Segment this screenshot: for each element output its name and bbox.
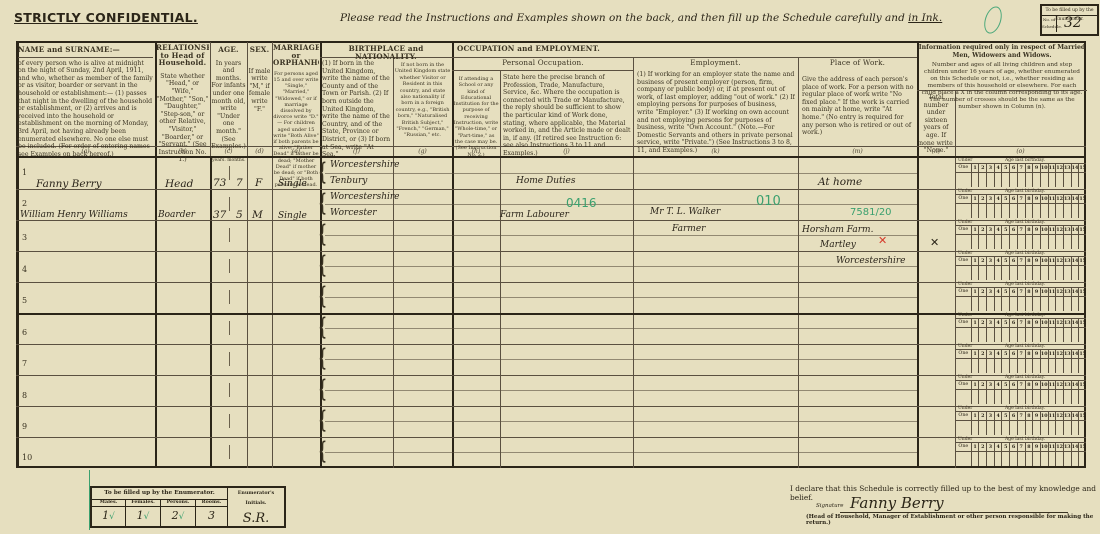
children-age-grid: UnderAge last birthday. One1234567891011… (955, 282, 1086, 312)
column-letter-j: (j) (500, 148, 633, 155)
place-of-work: At home (818, 176, 862, 188)
column-m-title: Place of Work. (799, 59, 916, 68)
column-letter-c: (c) (210, 148, 247, 155)
children-age-grid: UnderAge last birthday. One1234567891011… (955, 375, 1086, 405)
children-age-grid: UnderAge last birthday. One1234567891011… (955, 189, 1086, 219)
birth-town: Tenbury (330, 176, 367, 186)
declaration-text: I declare that this Schedule is correctl… (790, 484, 1100, 502)
children-age-grid: UnderAge last birthday. One1234567891011… (955, 437, 1086, 467)
column-letter-d: (d) (247, 148, 272, 155)
black-cross-mark: ✕ (930, 236, 939, 249)
person-name: William Henry Williams (20, 210, 128, 220)
row-number: 2 (22, 199, 27, 208)
age-years: 37 (213, 209, 226, 221)
employer-business: Farmer (672, 224, 705, 234)
person-name: Fanny Berry (36, 178, 102, 190)
column-j-title: Personal Occupation. (453, 59, 633, 68)
instructions-line: Please read the Instructions and Example… (340, 12, 942, 24)
males-cell: Males. 1√ (92, 499, 126, 526)
column-b-header: RELATIONSHIP to Head of Household. State… (156, 44, 209, 164)
sex: F (255, 177, 262, 189)
schedule-box-label: No. of Schedule. (1042, 16, 1057, 32)
row-number: 5 (22, 296, 27, 305)
column-j-header: State here the precise branch of Profess… (503, 74, 631, 158)
row-number: 1 (22, 168, 27, 177)
occupation: Home Duties (516, 176, 575, 186)
children-age-grid: UnderAge last birthday. One1234567891011… (955, 220, 1086, 250)
column-letter-b: (b) (155, 148, 210, 155)
row-number: 8 (22, 391, 27, 400)
place-of-work-town: Martley (820, 240, 856, 250)
column-letter-f: (f) (320, 148, 393, 155)
column-letter-k: (k) (633, 148, 798, 155)
column-h-header: If attending a School or any kind of Edu… (453, 76, 499, 158)
relationship: Head (165, 178, 193, 190)
red-cross-mark: ✕ (878, 234, 887, 247)
enumerator-initials-cell: Enumerator's Initials. S.R. (228, 488, 284, 526)
enumerator-summary-box: To be filled up by the Enumerator. Males… (90, 486, 286, 528)
row-number: 7 (22, 359, 27, 368)
children-age-grid: UnderAge last birthday. One1234567891011… (955, 313, 1086, 343)
birth-county: Worcestershire (330, 192, 400, 202)
column-letter-e: (e) (272, 148, 320, 155)
employer: Mr T. L. Walker (650, 207, 720, 217)
signature-label: Signature (816, 503, 844, 509)
persons-cell: Persons. 2√ (161, 499, 196, 526)
relationship: Boarder (158, 210, 195, 220)
column-g-header: If not born in the United Kingdom state … (394, 62, 451, 139)
column-d-header: SEX. If male write "M," if female write … (248, 46, 271, 113)
column-k-header: (1) If working for an employer state the… (637, 71, 795, 155)
signature-line (840, 512, 1068, 513)
row-number: 4 (22, 265, 27, 274)
rooms-cell: Rooms. 3 (196, 499, 228, 526)
page-title: STRICTLY CONFIDENTIAL. (14, 10, 198, 25)
column-a-header: NAME and SURNAME:— of every person who i… (18, 46, 153, 158)
age-months: 7 (236, 177, 243, 189)
birth-county: Worcestershire (330, 160, 400, 170)
occupation-code: 0416 (566, 196, 597, 210)
column-m-header: Give the address of each person's place … (802, 76, 914, 137)
column-f-header-title: BIRTHPLACE and NATIONALITY. (321, 45, 451, 60)
row-number: 10 (22, 453, 32, 462)
schedule-number: 32 (1064, 15, 1082, 31)
column-occupation-title: OCCUPATION and EMPLOYMENT. (453, 45, 917, 53)
children-age-grid: UnderAge last birthday. One1234567891011… (955, 158, 1086, 188)
employer-code: 010 (756, 194, 781, 209)
column-letter-a: (a) (16, 148, 155, 155)
age-months: 5 (236, 209, 243, 221)
column-n-header: Total number under sixteen years of age.… (918, 94, 954, 155)
signature-note: (Head of Household, Manager of Establish… (806, 514, 1100, 526)
column-letter-n: (n) (917, 148, 955, 155)
column-f-header: (1) If born in the United Kingdom, write… (322, 60, 392, 159)
children-age-grid: UnderAge last birthday. One1234567891011… (955, 344, 1086, 374)
column-o-title: Information required only in respect of … (918, 44, 1086, 59)
children-age-grid: UnderAge last birthday. One1234567891011… (955, 251, 1086, 281)
column-letter-m: (m) (798, 148, 917, 155)
row-number: 6 (22, 328, 27, 337)
column-letter-o: (o) (955, 148, 1086, 155)
green-zero-mark (981, 4, 1005, 36)
age-years: 73 (213, 177, 226, 189)
column-c-header: AGE. In years and months. For infants un… (211, 46, 246, 151)
signature: Fanny Berry (850, 494, 944, 512)
occupation: Farm Labourer (500, 210, 569, 220)
place-of-work: Horsham Farm. (802, 225, 873, 235)
column-letter-h: (h) (452, 148, 500, 155)
marriage: Single (278, 179, 307, 189)
place-code: 7581/20 (850, 207, 892, 218)
column-e-header: MARRIAGE or ORPHANHOOD. For persons aged… (273, 44, 319, 189)
children-age-grid: UnderAge last birthday. One1234567891011… (955, 406, 1086, 436)
column-letter-g: (g) (393, 148, 452, 155)
sex: M (252, 209, 263, 221)
females-cell: Females. 1√ (126, 499, 161, 526)
row-number: 3 (22, 233, 27, 242)
birth-town: Worcester (330, 208, 377, 218)
age-subheader: years. months. (212, 158, 246, 163)
place-of-work-county: Worcestershire (836, 256, 906, 266)
row-number: 9 (22, 422, 27, 431)
column-k-title: Employment. (634, 59, 797, 68)
schedule-number-box: To be filled up by the Enumerator. No. o… (1040, 4, 1099, 36)
marriage: Single (278, 211, 307, 221)
